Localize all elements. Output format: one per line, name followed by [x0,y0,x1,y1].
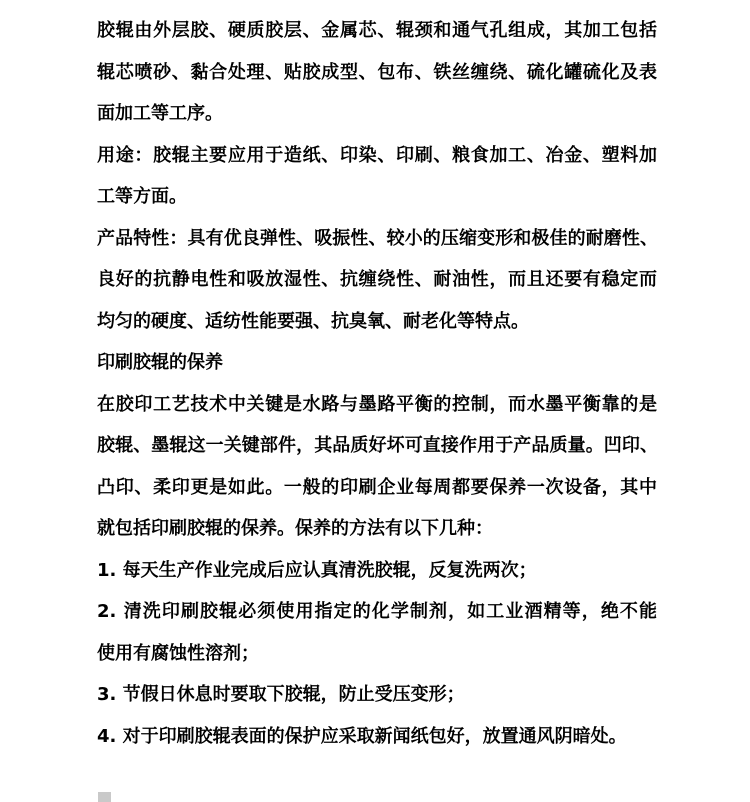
text-line: 使用有腐蚀性溶剂； [97,633,657,675]
text-line: 均匀的硬度、适纺性能要强、抗臭氧、耐老化等特点。 [97,301,657,343]
cropped-content-fragment [98,792,111,802]
list-item: 4. 对于印刷胶辊表面的保护应采取新闻纸包好，放置通风阴暗处。 [97,716,657,758]
text-line: 良好的抗静电性和吸放湿性、抗缠绕性、耐油性，而且还要有稳定而 [97,259,657,301]
text-line: 用途：胶辊主要应用于造纸、印染、印刷、粮食加工、冶金、塑料加 [97,135,657,177]
list-item: 1. 每天生产作业完成后应认真清洗胶辊，反复洗两次； [97,550,657,592]
section-heading: 印刷胶辊的保养 [97,342,657,384]
text-line: 产品特性：具有优良弹性、吸振性、较小的压缩变形和极佳的耐磨性、 [97,218,657,260]
document-text: 胶辊由外层胶、硬质胶层、金属芯、辊颈和通气孔组成，其加工包括 辊芯喷砂、黏合处理… [97,10,657,757]
text-line: 工等方面。 [97,176,657,218]
document-page: { "document": { "language": "zh-CN", "te… [0,0,750,802]
text-line: 凸印、柔印更是如此。一般的印刷企业每周都要保养一次设备，其中 [97,467,657,509]
text-line: 辊芯喷砂、黏合处理、贴胶成型、包布、铁丝缠绕、硫化罐硫化及表 [97,52,657,94]
text-line: 在胶印工艺技术中关键是水路与墨路平衡的控制，而水墨平衡靠的是 [97,384,657,426]
text-line: 面加工等工序。 [97,93,657,135]
list-item: 3. 节假日休息时要取下胶辊，防止受压变形； [97,674,657,716]
text-line: 胶辊由外层胶、硬质胶层、金属芯、辊颈和通气孔组成，其加工包括 [97,10,657,52]
list-item: 2. 清洗印刷胶辊必须使用指定的化学制剂，如工业酒精等，绝不能 [97,591,657,633]
text-line: 就包括印刷胶辊的保养。保养的方法有以下几种： [97,508,657,550]
text-line: 胶辊、墨辊这一关键部件，其品质好坏可直接作用于产品质量。凹印、 [97,425,657,467]
